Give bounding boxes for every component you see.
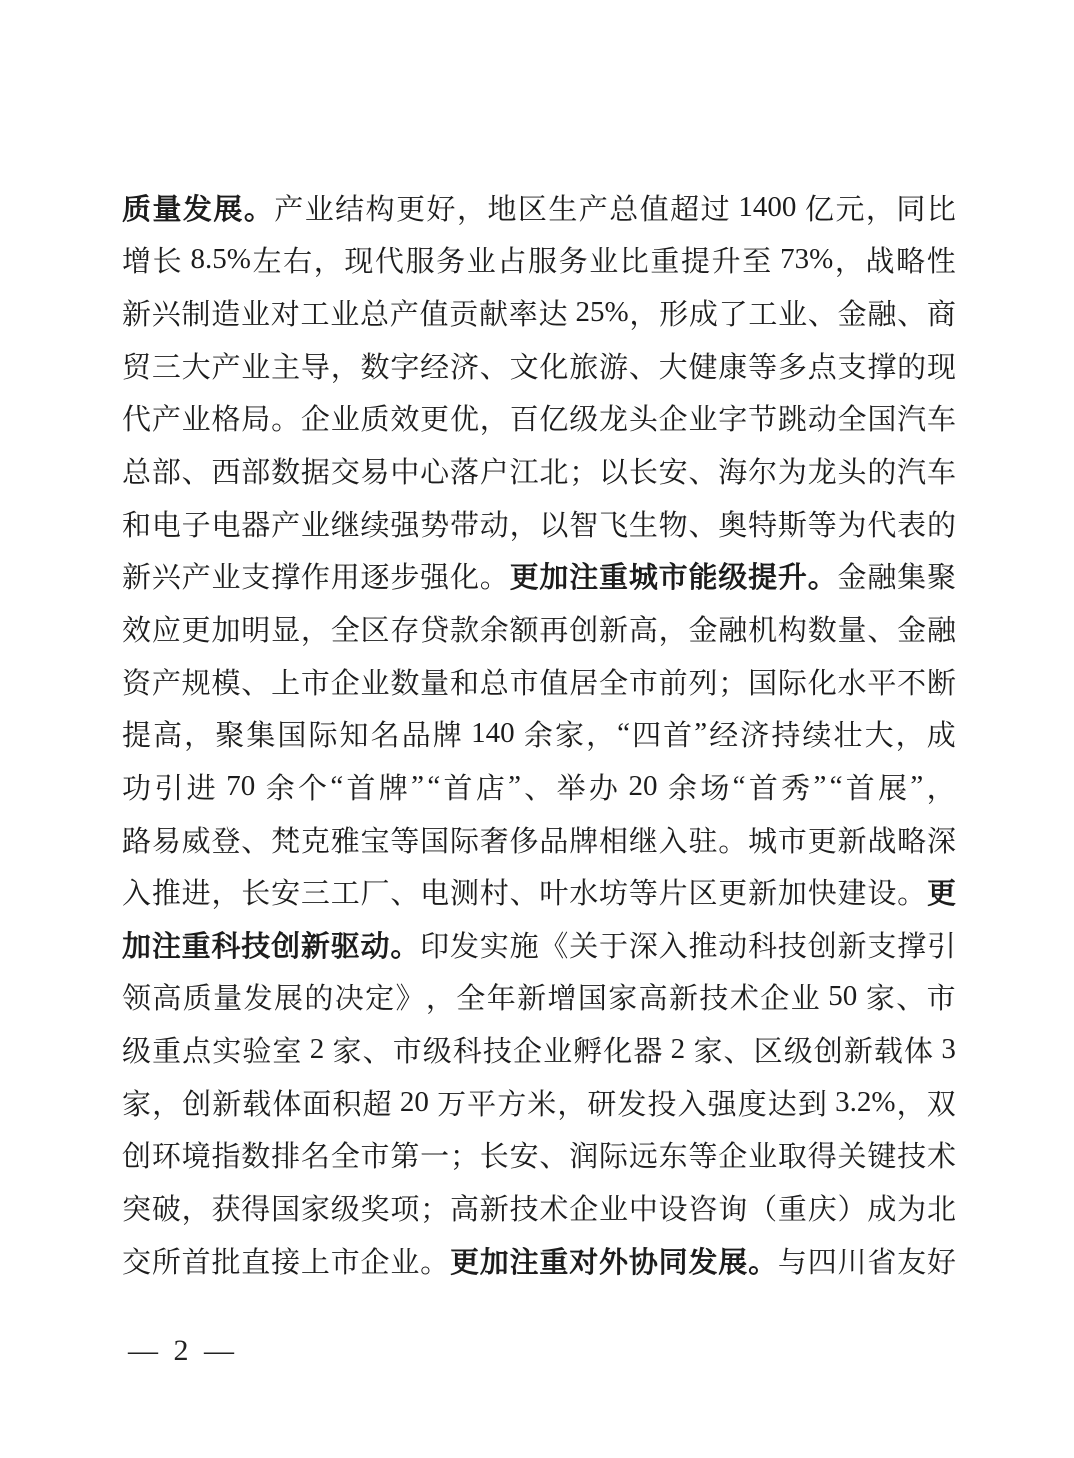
text-line: 和电子电器产业继续强势带动，以智飞生物、奥特斯等为代表的 bbox=[122, 497, 956, 550]
text-line: 路易威登、梵克雅宝等国际奢侈品牌相继入驻。城市更新战略深 bbox=[122, 813, 956, 866]
text-line: 代产业格局。企业质效更优，百亿级龙头企业字节跳动全国汽车 bbox=[122, 392, 956, 445]
text-line: 功引进 70 余个“首牌”“首店”、举办 20 余场“首秀”“首展”， bbox=[122, 760, 956, 813]
text-line: 交所首批直接上市企业。更加注重对外协同发展。与四川省友好 bbox=[122, 1234, 956, 1287]
text-line: 入推进，长安三工厂、电测村、叶水坊等片区更新加快建设。更 bbox=[122, 865, 956, 918]
text-line: 新兴制造业对工业总产值贡献率达 25%，形成了工业、金融、商 bbox=[122, 286, 956, 339]
text-line: 总部、西部数据交易中心落户江北；以长安、海尔为龙头的汽车 bbox=[122, 444, 956, 497]
text-line: 资产规模、上市企业数量和总市值居全市前列；国际化水平不断 bbox=[122, 655, 956, 708]
text-line: 质量发展。产业结构更好，地区生产总值超过 1400 亿元，同比 bbox=[122, 181, 956, 234]
text-line: 创环境指数排名全市第一；长安、润际远东等企业取得关键技术 bbox=[122, 1129, 956, 1182]
text-line: 新兴产业支撑作用逐步强化。更加注重城市能级提升。金融集聚 bbox=[122, 549, 956, 602]
text-block: 质量发展。产业结构更好，地区生产总值超过 1400 亿元，同比增长 8.5%左右… bbox=[122, 181, 956, 1286]
text-line: 贸三大产业主导，数字经济、文化旅游、大健康等多点支撑的现 bbox=[122, 339, 956, 392]
text-line: 提高，聚集国际知名品牌 140 余家，“四首”经济持续壮大，成 bbox=[122, 707, 956, 760]
text-line: 增长 8.5%左右，现代服务业占服务业比重提升至 73%，战略性 bbox=[122, 234, 956, 287]
text-line: 领高质量发展的决定》，全年新增国家高新技术企业 50 家、市 bbox=[122, 971, 956, 1024]
text-line: 家，创新载体面积超 20 万平方米，研发投入强度达到 3.2%，双 bbox=[122, 1076, 956, 1129]
document-page: 质量发展。产业结构更好，地区生产总值超过 1400 亿元，同比增长 8.5%左右… bbox=[0, 0, 1074, 1458]
text-line: 突破，获得国家级奖项；高新技术企业中设咨询（重庆）成为北 bbox=[122, 1181, 956, 1234]
text-line: 效应更加明显，全区存贷款余额再创新高，金融机构数量、金融 bbox=[122, 602, 956, 655]
text-line: 加注重科技创新驱动。印发实施《关于深入推动科技创新支撑引 bbox=[122, 918, 956, 971]
page-number: — 2 — bbox=[128, 1334, 238, 1368]
text-line: 级重点实验室 2 家、市级科技企业孵化器 2 家、区级创新载体 3 bbox=[122, 1023, 956, 1076]
